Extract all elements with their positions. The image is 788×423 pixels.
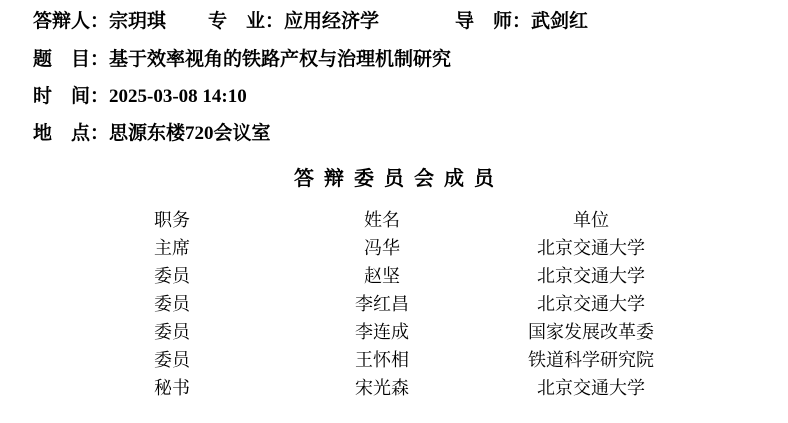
time-field: 时 间：2025-03-08 14:10 <box>33 86 247 108</box>
location-value: 思源东楼720会议室 <box>109 123 271 144</box>
thesis-title-value: 基于效率视角的铁路产权与治理机制研究 <box>109 49 451 70</box>
member-role: 委员 <box>80 318 264 346</box>
defender-field: 答辩人：宗玥琪 <box>33 11 166 33</box>
member-name: 李红昌 <box>264 290 500 318</box>
location-label: 地 点： <box>33 123 109 144</box>
member-role: 主席 <box>80 234 264 262</box>
committee-table: 职务 姓名 单位 主席 冯华 北京交通大学 委员 赵坚 北京交通大学 委员 李红… <box>80 206 682 402</box>
advisor-label: 导 师： <box>455 11 531 32</box>
member-name: 宋光森 <box>264 374 500 402</box>
member-unit: 国家发展改革委 <box>500 318 682 346</box>
member-role: 委员 <box>80 262 264 290</box>
member-unit: 铁道科学研究院 <box>500 346 682 374</box>
committee-heading: 答辩委员会成员 <box>0 162 788 191</box>
thesis-title-label: 题 目： <box>33 49 109 70</box>
major-label: 专 业： <box>208 11 284 32</box>
location-field: 地 点：思源东楼720会议室 <box>33 123 271 145</box>
member-unit: 北京交通大学 <box>500 234 682 262</box>
member-unit: 北京交通大学 <box>500 374 682 402</box>
time-label: 时 间： <box>33 86 109 107</box>
member-unit: 北京交通大学 <box>500 262 682 290</box>
column-header-unit: 单位 <box>500 206 682 234</box>
column-header-role: 职务 <box>80 206 264 234</box>
column-header-name: 姓名 <box>264 206 500 234</box>
member-unit: 北京交通大学 <box>500 290 682 318</box>
member-name: 赵坚 <box>264 262 500 290</box>
thesis-title-field: 题 目：基于效率视角的铁路产权与治理机制研究 <box>33 49 451 71</box>
member-role: 委员 <box>80 346 264 374</box>
member-role: 委员 <box>80 290 264 318</box>
advisor-value: 武剑红 <box>531 11 588 32</box>
defender-label: 答辩人： <box>33 11 109 32</box>
major-field: 专 业：应用经济学 <box>208 11 379 33</box>
advisor-field: 导 师：武剑红 <box>455 11 588 33</box>
member-name: 冯华 <box>264 234 500 262</box>
major-value: 应用经济学 <box>284 11 379 32</box>
member-name: 王怀相 <box>264 346 500 374</box>
defense-announcement-document: 答辩人：宗玥琪 专 业：应用经济学 导 师：武剑红 题 目：基于效率视角的铁路产… <box>0 0 788 423</box>
member-name: 李连成 <box>264 318 500 346</box>
time-value: 2025-03-08 14:10 <box>109 86 247 107</box>
defender-value: 宗玥琪 <box>109 11 166 32</box>
member-role: 秘书 <box>80 374 264 402</box>
